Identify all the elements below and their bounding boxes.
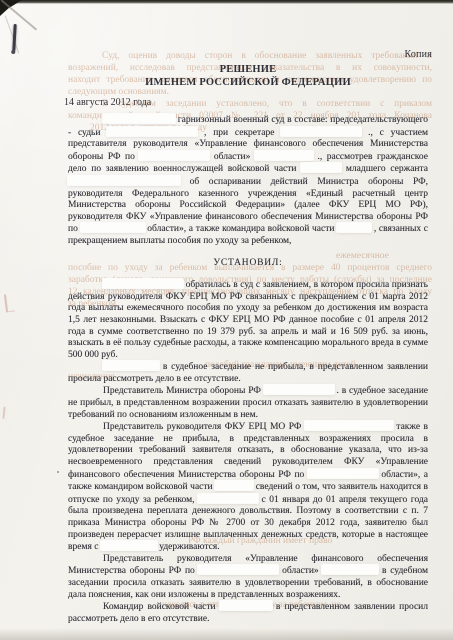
text-segment: области»	[214, 152, 255, 162]
paragraph: обратилась в суд с заявлением, в котором…	[68, 279, 428, 361]
document-body: гарнизонный военный суд в составе: предс…	[68, 114, 428, 625]
redaction-box	[337, 223, 371, 232]
paragraph: в судебное заседание не прибыла, в предс…	[68, 361, 428, 385]
redaction-box	[305, 421, 393, 430]
text-segment: младшего сержанта	[346, 164, 428, 174]
text-segment: области»	[282, 566, 322, 576]
text-segment: Представитель руководителя ФКУ ЕРЦ МО РФ	[103, 422, 305, 432]
document-title: РЕШЕНИЕ	[68, 64, 428, 77]
redaction-box	[103, 361, 159, 370]
document-ink-layer: Копия РЕШЕНИЕ ИМЕНЕМ РОССИЙСКОЙ ФЕДЕРАЦИ…	[0, 0, 453, 640]
scanned-court-decision-page: Суд, оценив доводы сторон в обоснование …	[0, 0, 453, 640]
redaction-box	[68, 176, 180, 185]
redaction-box	[215, 481, 253, 490]
redaction-box	[103, 279, 183, 288]
redaction-box	[220, 601, 272, 610]
paragraph: Представитель руководителя ФКУ ЕРЦ МО РФ…	[68, 421, 428, 554]
text-segment: Представитель Министра обороны РФ	[103, 386, 264, 396]
redaction-box	[255, 151, 313, 160]
text-segment: области», а также командира войсковой ча…	[147, 224, 337, 234]
paragraph: Командир войсковой части в представленно…	[68, 601, 428, 625]
document-date: 14 августа 2012 года	[64, 97, 151, 108]
redaction-box	[198, 565, 278, 574]
document-subtitle: ИМЕНЕМ РОССИЙСКОЙ ФЕДЕРАЦИИ	[68, 77, 428, 90]
text-segment: удерживаются.	[159, 542, 219, 552]
redaction-box	[301, 163, 341, 172]
redaction-box	[81, 223, 145, 232]
redaction-box	[264, 385, 334, 394]
paragraph: Представитель Министра обороны РФ . в су…	[68, 385, 428, 421]
redaction-box	[281, 127, 361, 136]
redaction-box	[308, 469, 378, 478]
redaction-box	[101, 541, 157, 550]
text-segment: , при секретаре	[204, 128, 281, 138]
copy-label: Копия	[405, 49, 432, 60]
redaction-box	[103, 114, 175, 123]
paragraph: Представитель руководителя «Управление ф…	[68, 554, 428, 601]
resolution-heading: УСТАНОВИЛ:	[68, 258, 428, 270]
document-title-block: РЕШЕНИЕ ИМЕНЕМ РОССИЙСКОЙ ФЕДЕРАЦИИ	[68, 64, 428, 89]
redaction-box	[139, 151, 209, 160]
redaction-box	[322, 565, 378, 574]
text-segment: обратилась в суд с заявлением, в котором…	[68, 280, 428, 360]
redaction-box	[198, 494, 258, 503]
paragraph: гарнизонный военный суд в составе: предс…	[68, 114, 428, 248]
redaction-box	[107, 127, 197, 136]
text-segment: Командир войсковой части	[103, 602, 220, 612]
